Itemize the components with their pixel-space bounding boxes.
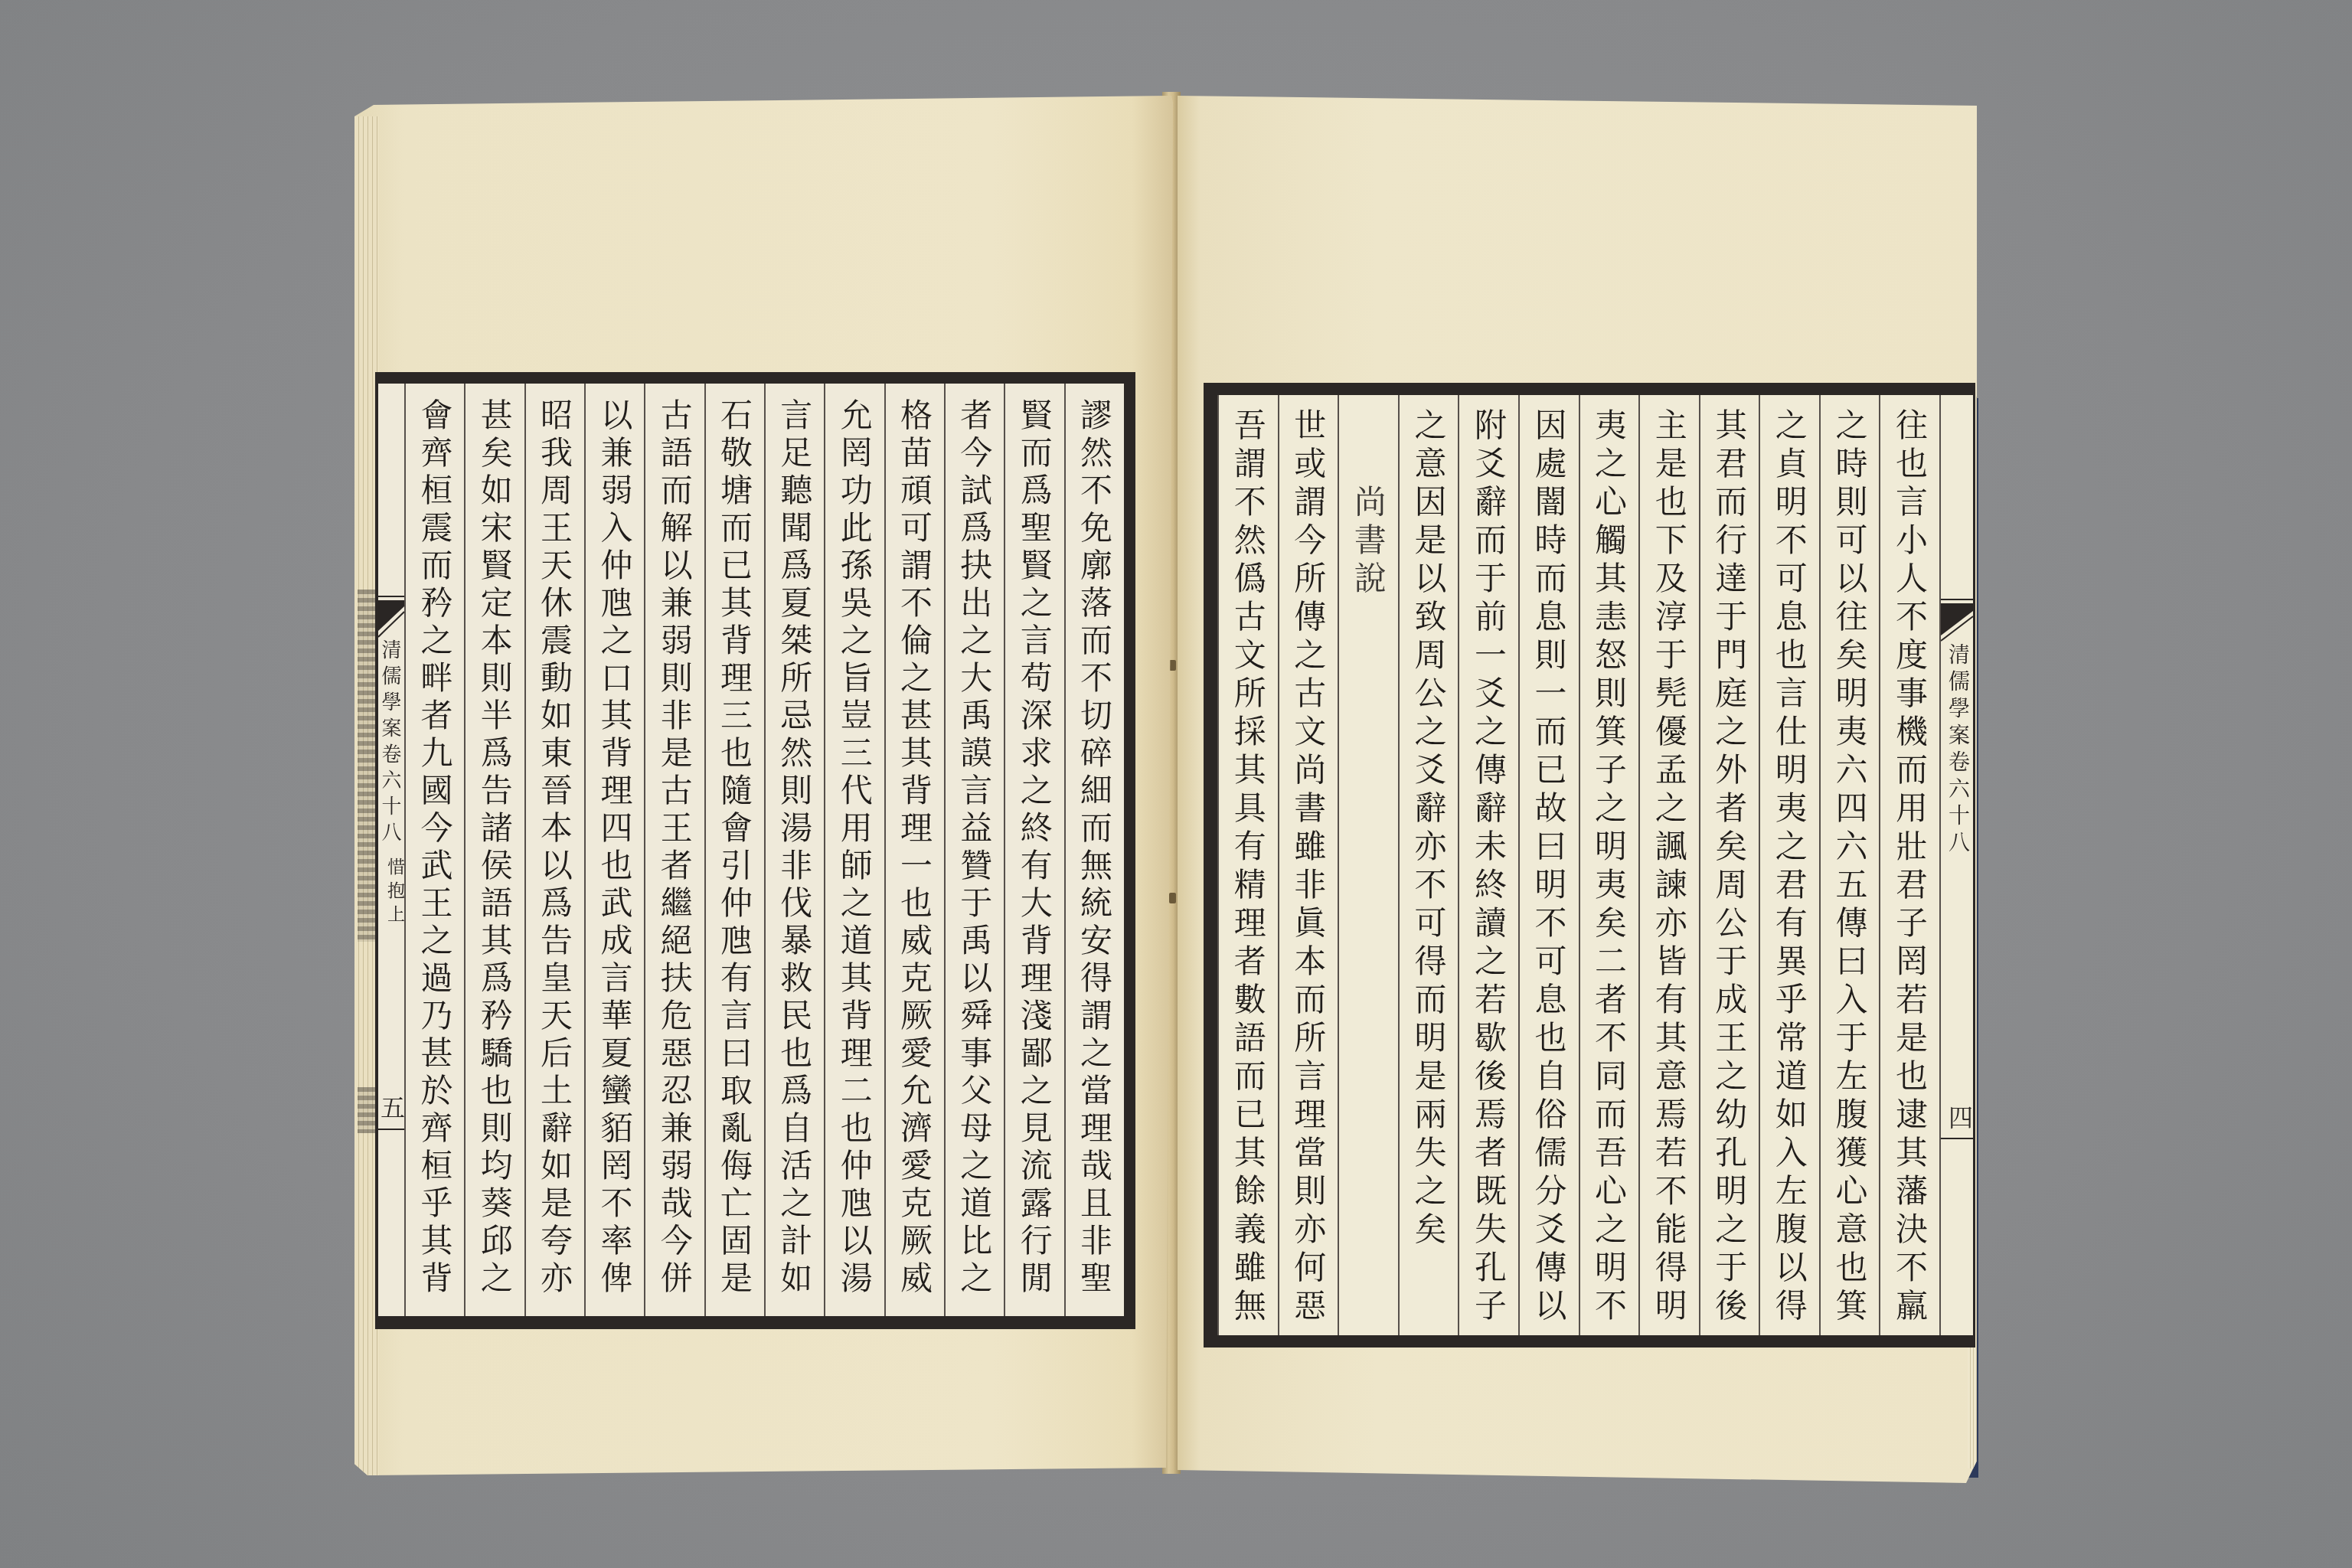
text-columns: 往也言小人不度事機而用壯君子罔若是也逮其藩決不羸 之時則可以往矣明夷六四六五傳曰…	[1217, 395, 1939, 1335]
text-column: 之貞明不可息也言仕明夷之君有異乎常道如入左腹以得	[1759, 395, 1819, 1335]
text-frame: 往也言小人不度事機而用壯君子罔若是也逮其藩決不羸 之時則可以往矣明夷六四六五傳曰…	[1204, 383, 1975, 1347]
page-margin-banxin: 清儒學案卷六十八 四	[1939, 395, 1973, 1335]
text-column: 昭我周王天休震動如東晉本以爲告皇天后土辭如是夸亦	[524, 384, 584, 1316]
text-column: 之時則可以往矣明夷六四六五傳曰入于左腹獲心意也箕	[1819, 395, 1880, 1335]
text-column: 夷之心觸其恚怒則箕子之明夷矣二者不同而吾心之明不	[1579, 395, 1639, 1335]
text-column: 賢而爲聖賢之言苟深求之終有大背理淺鄙之見流露行閒	[1004, 384, 1063, 1316]
text-column: 往也言小人不度事機而用壯君子罔若是也逮其藩決不羸	[1879, 395, 1939, 1335]
text-column: 允罔功此孫吳之旨豈三代用師之道其背理二也仲虺以湯	[824, 384, 884, 1316]
text-column: 以兼弱入仲虺之口其背理四也武成言華夏蠻貊罔不率俾	[584, 384, 644, 1316]
text-column: 甚矣如宋賢定本則半爲告諸侯語其爲矜驕也則均葵邱之	[464, 384, 524, 1316]
text-column: 因處闇時而息則一而已故曰明不可息也自俗儒分爻傳以	[1518, 395, 1579, 1335]
spine-thread-notch	[1169, 660, 1176, 671]
text-column: 石敬塘而已其背理三也隨會引仲虺有言曰取亂侮亡固是	[704, 384, 764, 1316]
page-number: 五	[379, 1095, 403, 1119]
text-columns: 謬然不免廓落而不切碎細而無統安得謂之當理哉且非聖 賢而爲聖賢之言苟深求之終有大背…	[404, 384, 1124, 1316]
banxin-section-label: 惜抱上	[384, 857, 403, 929]
banxin-rule	[378, 596, 404, 597]
banxin-book-title: 清儒學案卷六十八	[1946, 643, 1969, 857]
text-column: 附爻辭而于前一爻之傳辭未終讀之若歇後焉者既失孔子	[1458, 395, 1518, 1335]
right-page: 往也言小人不度事機而用壯君子罔若是也逮其藩決不羸 之時則可以往矣明夷六四六五傳曰…	[1176, 90, 1980, 1485]
spine-thread-notch	[1169, 893, 1176, 903]
text-column: 之意因是以致周公之爻辭亦不可得而明是兩失之矣	[1398, 395, 1459, 1335]
text-column: 世或謂今所傳之古文尚書雖非眞本而所言理當則亦何惡	[1278, 395, 1338, 1335]
text-column: 格苗頑可謂不倫之甚其背理一也威克厥愛允濟愛克厥威	[884, 384, 944, 1316]
banxin-rule	[1941, 599, 1973, 600]
section-heading: 尚書說	[1338, 395, 1398, 1335]
text-column: 主是也下及淳于髡優孟之諷諫亦皆有其意焉若不能得明	[1638, 395, 1699, 1335]
text-column: 會齊桓震而矜之畔者九國今武王之過乃甚於齊桓乎其背	[404, 384, 464, 1316]
text-column: 者今試爲抉出之大禹謨言益贊于禹以舜事父母之道比之	[944, 384, 1004, 1316]
text-column: 其君而行達于門庭之外者矣周公于成王之幼孔明之于後	[1699, 395, 1759, 1335]
fishtail-ornament-icon	[378, 600, 404, 639]
page-margin-banxin: 清儒學案卷六十八 惜抱上 五	[378, 384, 404, 1316]
text-column: 古語而解以兼弱則非是古王者繼絕扶危惡忍兼弱哉今併	[644, 384, 704, 1316]
page-number: 四	[1947, 1105, 1971, 1129]
banxin-rule	[1941, 1138, 1973, 1139]
left-page: 清儒學案卷六十八 惜抱上 五 謬然不免廓落而不切碎細而無統安得謂之當理哉且非聖 …	[354, 93, 1173, 1478]
banxin-rule	[378, 1129, 404, 1130]
text-column: 吾謂不然僞古文所採其具有精理者數語而已其餘義雖無	[1217, 395, 1278, 1335]
fishtail-ornament-icon	[1941, 603, 1973, 642]
text-column: 謬然不免廓落而不切碎細而無統安得謂之當理哉且非聖	[1064, 384, 1124, 1316]
text-column: 言足聽聞爲夏桀所忌然則湯非伐暴救民也爲自活之計如	[764, 384, 824, 1316]
text-frame: 清儒學案卷六十八 惜抱上 五 謬然不免廓落而不切碎細而無統安得謂之當理哉且非聖 …	[375, 372, 1135, 1329]
banxin-book-title: 清儒學案卷六十八	[379, 639, 400, 848]
